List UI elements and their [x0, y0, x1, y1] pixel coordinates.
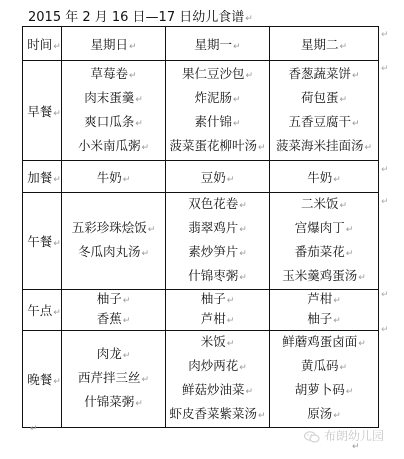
dish: 爽口瓜条↵: [62, 111, 165, 135]
row-end-mark: ↵: [381, 325, 389, 335]
dish: 二米饭↵: [270, 193, 378, 217]
table-row-snack: 加餐↵ 牛奶↵ 豆奶↵ 牛奶↵: [23, 161, 379, 193]
dish: 肉龙↵: [62, 343, 165, 367]
dish: 柚子↵: [62, 290, 165, 310]
row-end-mark: ↵: [381, 197, 389, 207]
header-time: 时间↵: [23, 27, 62, 61]
wechat-icon: [304, 431, 320, 443]
dish: 肉炒两花↵: [166, 355, 269, 379]
row-end-mark: ↵: [381, 64, 389, 74]
dish: 小米南瓜粥↵: [62, 135, 165, 159]
dish: 荷包蛋↵: [270, 87, 378, 111]
dish: 肉末蛋羹↵: [62, 87, 165, 111]
row-label: 早餐↵: [23, 61, 62, 161]
cell-monday: 柚子↵ 芦柑↵: [166, 290, 270, 331]
paragraph-mark: ↵: [352, 442, 360, 452]
dish: 玉米羹鸡蛋汤↵: [270, 265, 378, 289]
watermark: 布朗幼儿园: [304, 427, 384, 444]
dish: 冬瓜肉丸汤↵: [62, 241, 165, 265]
cell-monday: 米饭↵ 肉炒两花↵ 鲜菇炒油菜↵ 虾皮香菜紫菜汤↵: [166, 331, 270, 428]
dish: 原汤↵: [270, 403, 378, 427]
header-monday: 星期一↵: [166, 27, 270, 61]
table-row-breakfast: 早餐↵ 草莓卷↵ 肉末蛋羹↵ 爽口瓜条↵ 小米南瓜粥↵ 果仁豆沙包↵ 炸泥肠↵ …: [23, 61, 379, 161]
dish: 什锦枣粥↵: [166, 265, 269, 289]
dish: 芦柑↵: [166, 310, 269, 330]
cell-sunday: 牛奶↵: [62, 161, 166, 193]
dish: 黄瓜码↵: [270, 355, 378, 379]
dish: 五香豆腐干↵: [270, 111, 378, 135]
cell-monday: 果仁豆沙包↵ 炸泥肠↵ 素什锦↵ 菠菜蛋花柳叶汤↵: [166, 61, 270, 161]
dish: 鲜蘑鸡蛋卤面↵: [270, 331, 378, 355]
document-title: 2015 年 2 月 16 日—17 日幼儿食谱↵: [28, 6, 253, 25]
cell-tuesday: 鲜蘑鸡蛋卤面↵ 黄瓜码↵ 胡萝卜码↵ 原汤↵: [270, 331, 379, 428]
cell-tuesday: 香葱蔬菜饼↵ 荷包蛋↵ 五香豆腐干↵ 菠菜海米挂面汤↵: [270, 61, 379, 161]
watermark-text: 布朗幼儿园: [324, 429, 384, 443]
menu-table: 时间↵ 星期日↵ 星期一↵ 星期二↵ 早餐↵ 草莓卷↵ 肉末蛋羹↵ 爽口瓜条↵ …: [22, 26, 379, 428]
dish: 米饭↵: [166, 331, 269, 355]
row-label: 午点↵: [23, 290, 62, 331]
cell-monday: 双色花卷↵ 翡翠鸡片↵ 素炒笋片↵ 什锦枣粥↵: [166, 193, 270, 290]
dish: 胡萝卜码↵: [270, 379, 378, 403]
row-end-mark: ↵: [381, 165, 389, 175]
cell-tuesday: 牛奶↵: [270, 161, 379, 193]
dish: 宫爆肉丁↵: [270, 217, 378, 241]
cell-tuesday: 二米饭↵ 宫爆肉丁↵ 番茄菜花↵ 玉米羹鸡蛋汤↵: [270, 193, 379, 290]
dish: 素什锦↵: [166, 111, 269, 135]
row-end-mark: ↵: [381, 290, 389, 300]
dish: 素炒笋片↵: [166, 241, 269, 265]
dish: 草莓卷↵: [62, 63, 165, 87]
dish: 香葱蔬菜饼↵: [270, 63, 378, 87]
table-row-lunch: 午餐↵ 五彩珍珠烩饭↵ 冬瓜肉丸汤↵ 双色花卷↵ 翡翠鸡片↵ 素炒笋片↵ 什锦枣…: [23, 193, 379, 290]
dish: 双色花卷↵: [166, 193, 269, 217]
dish: 什锦菜粥↵: [62, 391, 165, 415]
dish: 香蕉↵: [62, 310, 165, 330]
header-sunday: 星期日↵: [62, 27, 166, 61]
dish: 柚子↵: [270, 310, 378, 330]
row-label: 加餐↵: [23, 161, 62, 193]
dish: 西芹拌三丝↵: [62, 367, 165, 391]
dish: 五彩珍珠烩饭↵: [62, 217, 165, 241]
cell-sunday: 五彩珍珠烩饭↵ 冬瓜肉丸汤↵: [62, 193, 166, 290]
paragraph-mark: ↵: [30, 424, 38, 434]
dish: 炸泥肠↵: [166, 87, 269, 111]
dish: 芦柑↵: [270, 290, 378, 310]
dish: 番茄菜花↵: [270, 241, 378, 265]
cell-sunday: 草莓卷↵ 肉末蛋羹↵ 爽口瓜条↵ 小米南瓜粥↵: [62, 61, 166, 161]
dish: 鲜菇炒油菜↵: [166, 379, 269, 403]
dish: 菠菜蛋花柳叶汤↵: [166, 135, 269, 159]
cell-tuesday: 芦柑↵ 柚子↵: [270, 290, 379, 331]
dish: 虾皮香菜紫菜汤↵: [166, 403, 269, 427]
table-header-row: 时间↵ 星期日↵ 星期一↵ 星期二↵: [23, 27, 379, 61]
header-tuesday: 星期二↵: [270, 27, 379, 61]
cell-monday: 豆奶↵: [166, 161, 270, 193]
title-text: 2015 年 2 月 16 日—17 日幼儿食谱: [28, 10, 244, 25]
cell-sunday: 肉龙↵ 西芹拌三丝↵ 什锦菜粥↵: [62, 331, 166, 428]
cell-sunday: 柚子↵ 香蕉↵: [62, 290, 166, 331]
row-label: 午餐↵: [23, 193, 62, 290]
dish: 翡翠鸡片↵: [166, 217, 269, 241]
table-row-afternoon-snack: 午点↵ 柚子↵ 香蕉↵ 柚子↵ 芦柑↵ 芦柑↵ 柚子↵: [23, 290, 379, 331]
paragraph-mark: ↵: [245, 14, 253, 24]
table-row-dinner: 晚餐↵ 肉龙↵ 西芹拌三丝↵ 什锦菜粥↵ 米饭↵ 肉炒两花↵ 鲜菇炒油菜↵ 虾皮…: [23, 331, 379, 428]
dish: 果仁豆沙包↵: [166, 63, 269, 87]
dish: 菠菜海米挂面汤↵: [270, 135, 378, 159]
row-end-mark: ↵: [381, 30, 389, 40]
row-label: 晚餐↵: [23, 331, 62, 428]
dish: 柚子↵: [166, 290, 269, 310]
